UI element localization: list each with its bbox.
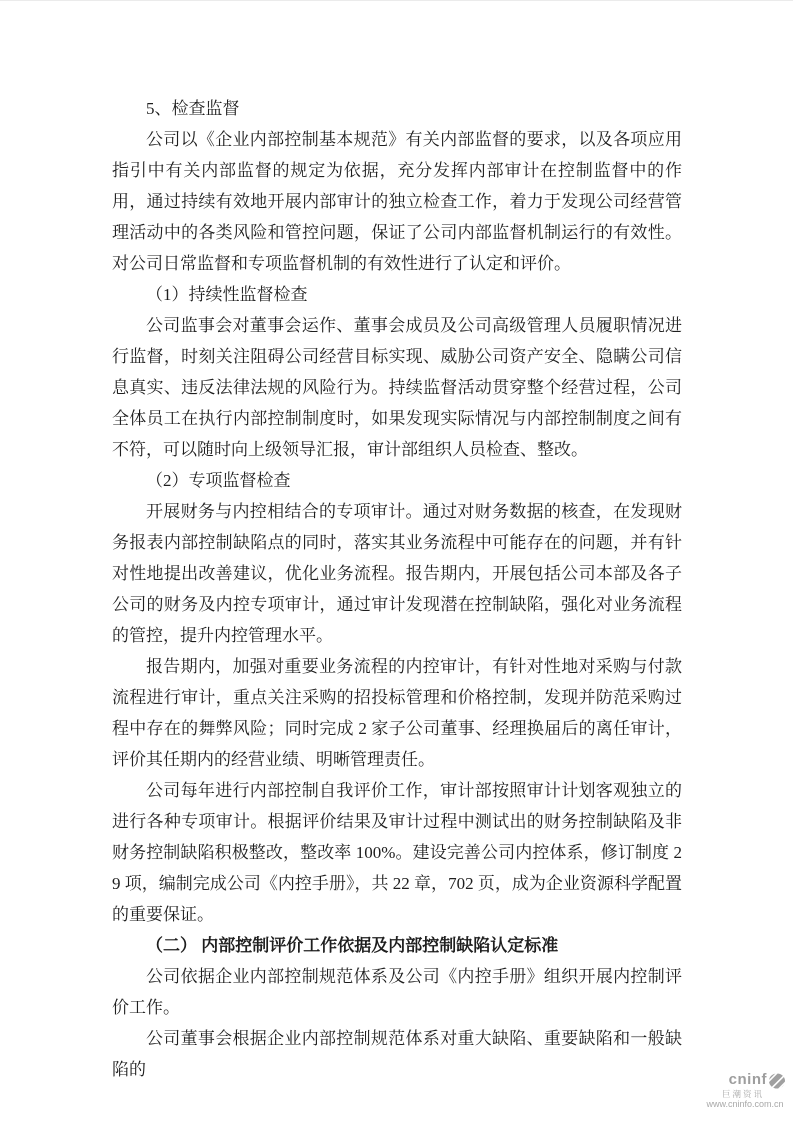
- subheading-special-supervision: （2）专项监督检查: [112, 465, 682, 496]
- cninfo-logo-text: cninf: [729, 1072, 767, 1089]
- paragraph-supervisory-board: 公司监事会对董事会运作、董事会成员及公司高级管理人员履职情况进行监督，时刻关注阻…: [112, 310, 682, 465]
- subheading-continuous-supervision: （1）持续性监督检查: [112, 279, 682, 310]
- cninfo-logo-url: www.cninfo.com.cn: [702, 1100, 788, 1110]
- heading-evaluation-basis-standards: （二） 内部控制评价工作依据及内部控制缺陷认定标准: [112, 930, 682, 961]
- paragraph-self-evaluation: 公司每年进行内部控制自我评价工作，审计部按照审计计划客观独立的进行各种专项审计。…: [112, 775, 682, 930]
- document-body: 5、检查监督 公司以《企业内部控制基本规范》有关内部监督的要求，以及各项应用指引…: [112, 93, 682, 1085]
- cninfo-logo-subtitle: 巨潮资讯: [702, 1090, 788, 1099]
- section-subheading-inspection: 5、检查监督: [112, 93, 682, 124]
- paragraph-evaluation-basis: 公司依据企业内部控制规范体系及公司《内控手册》组织开展内控制评价工作。: [112, 961, 682, 1023]
- paragraph-special-audit: 开展财务与内控相结合的专项审计。通过对财务数据的核查，在发现财务报表内部控制缺陷…: [112, 496, 682, 651]
- cninfo-logo: cninf 巨潮资讯 www.cninfo.com.cn: [702, 1072, 788, 1110]
- cninfo-logo-row: cninf: [702, 1072, 788, 1089]
- document-page: 5、检查监督 公司以《企业内部控制基本规范》有关内部监督的要求，以及各项应用指引…: [0, 0, 793, 1122]
- paragraph-procurement-audit: 报告期内，加强对重要业务流程的内控审计，有针对性地对采购与付款流程进行审计，重点…: [112, 651, 682, 775]
- cninfo-swirl-icon: [768, 1073, 786, 1089]
- paragraph-defect-classification: 公司董事会根据企业内部控制规范体系对重大缺陷、重要缺陷和一般缺陷的: [112, 1023, 682, 1085]
- paragraph-supervision-basis: 公司以《企业内部控制基本规范》有关内部监督的要求，以及各项应用指引中有关内部监督…: [112, 124, 682, 279]
